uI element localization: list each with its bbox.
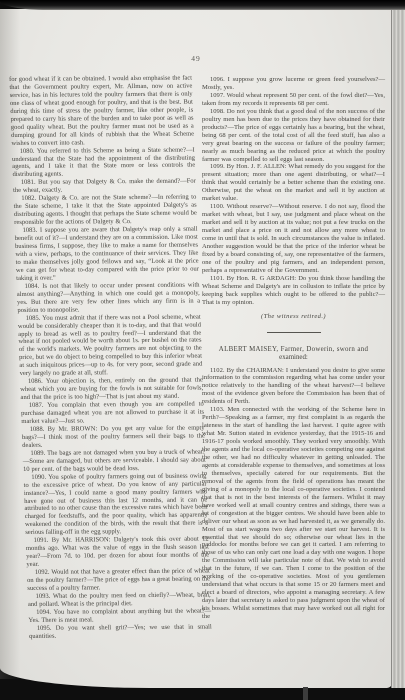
- page-number: 49: [0, 54, 392, 63]
- qa-paragraph: 1096. I suppose you grow lucerne or gree…: [202, 76, 385, 92]
- left-column: for good wheat if it can be obtained. I …: [9, 75, 212, 641]
- qa-paragraph: 1080. You referred to this Scheme as bei…: [12, 146, 196, 179]
- qa-paragraph: 1100. Without reserve?—Without reserve. …: [202, 203, 385, 275]
- qa-paragraph: 1098. Do not you think that a good deal …: [202, 108, 385, 164]
- qa-paragraph: 1094. You have no complaint about anythi…: [28, 607, 212, 624]
- book-page-edges: [391, 10, 405, 688]
- text-columns: for good wheat if it can be obtained. I …: [9, 76, 385, 641]
- qa-paragraph: 1095. Do you want shell grit?—Yes; we us…: [29, 623, 213, 640]
- qa-paragraph: 1102. By the CHAIRMAN: I understand you …: [202, 367, 385, 407]
- right-column: 1096. I suppose you grow lucerne or gree…: [202, 76, 385, 641]
- witness-heading-line2: examined:: [202, 354, 385, 362]
- qa-paragraph: 1101. By Hon. R. G ARDAGH: Do you think …: [202, 275, 385, 307]
- qa-paragraph: 1099. By Hon. J. F. ALLEN: What remedy d…: [202, 163, 385, 203]
- qa-paragraph: 1083. I suppose you are aware that Dalge…: [14, 226, 199, 283]
- qa-paragraph: 1086. Your objection is, then, entirely …: [20, 377, 204, 402]
- qa-paragraph: 1091. By Mr. HARRISON: Dalgety's took th…: [26, 536, 210, 569]
- qa-paragraph: 1085. You must admit that if there was n…: [18, 313, 203, 378]
- qa-paragraph: 1103. Men connected with the working of …: [202, 406, 385, 621]
- qa-paragraph: 1087. You complain that even though you …: [21, 401, 205, 426]
- qa-paragraph: 1084. Is not that likely to occur under …: [16, 281, 200, 314]
- witness-retired-note: (The witness retired.): [202, 313, 385, 321]
- qa-paragraph: for good wheat if it can be obtained. I …: [9, 75, 195, 148]
- qa-paragraph: 1093. What do the poultry men feed on ch…: [27, 591, 211, 608]
- qa-paragraph: 1092. Would not that have a greater effe…: [27, 568, 211, 593]
- qa-paragraph: 1088. By Mr. BROWN: Do you get any value…: [22, 424, 206, 449]
- witness-heading-line1: ALBERT MAISEY, Farmer, Dowerin, sworn an…: [202, 346, 385, 354]
- qa-paragraph: 1089. The bags are not damaged when you …: [22, 448, 206, 473]
- scan-artifact-mark: [303, 687, 308, 700]
- book-top-edge: [0, 0, 405, 10]
- qa-paragraph: 1081. But you say that Dalgety & Co. mak…: [13, 178, 197, 195]
- qa-paragraph: 1097. Would wheat represent 50 per cent.…: [202, 92, 385, 108]
- qa-paragraph: 1082. Dalgety & Co. are not the State sc…: [13, 194, 197, 227]
- qa-paragraph: 1090. You spoke of poultry farmers going…: [23, 472, 208, 537]
- section-divider: [267, 332, 321, 333]
